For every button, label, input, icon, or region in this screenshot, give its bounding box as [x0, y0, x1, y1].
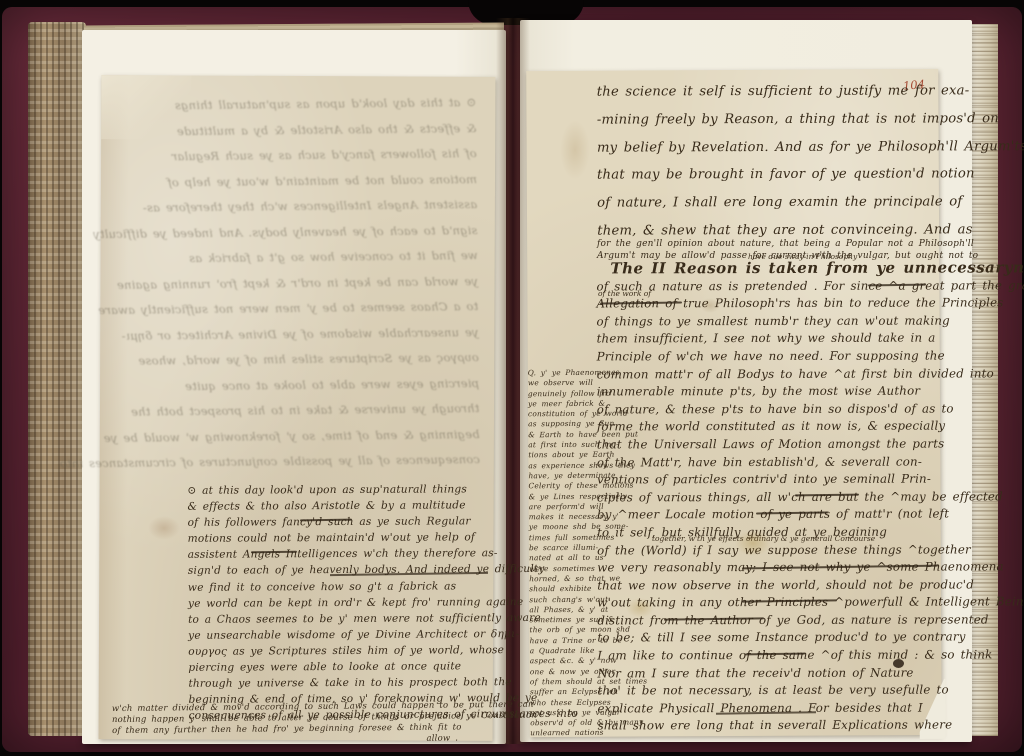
showthrough-line: ⊙ at this day look'd upon as sup'natural…	[116, 90, 476, 119]
margin-note-line: as experience shows they	[528, 460, 608, 471]
margin-note-line: one & now ye other	[530, 666, 610, 677]
interlinear-insert: of the work of	[598, 289, 651, 298]
showthrough-line: ουργος as ye Scriptures stiles him of ye…	[119, 345, 479, 374]
manuscript-line: assistent Angels Intelligences w'ch they…	[188, 546, 494, 564]
manuscript-line: Principle of w'ch we have no need. For s…	[597, 348, 943, 366]
manuscript-line: The II Reason is taken from ye unnecessa…	[596, 260, 942, 278]
manuscript-line: ciples of various things, all w'ch are b…	[597, 488, 943, 506]
manuscript-line: shall show ere long that in severall Exp…	[598, 717, 944, 735]
showthrough-line: ye unsearchable wisdome of ye Divine Arc…	[118, 320, 478, 349]
left-page-footer: w'ch matter divided & mov'd according to…	[112, 700, 504, 748]
page-edges-left	[28, 22, 86, 736]
margin-note-line: & ye Lines respectively	[529, 491, 609, 502]
margin-note-line: suffer an Eclypse wh'	[530, 687, 610, 698]
showthrough-line: through ye universe & take in to his pro…	[119, 396, 479, 425]
margin-note-line: constitution of ye world	[528, 409, 608, 420]
manuscript-line: ουργος as ye Scriptures stiles him of ye…	[188, 642, 494, 660]
margin-note-line: are perform'd will	[529, 502, 609, 513]
paper-stain	[626, 598, 654, 618]
showthrough-line: motions could not be maintain'd w'out ye…	[117, 167, 477, 196]
showthrough-line: to a Chaos seemes to be y' men were not …	[118, 294, 478, 323]
showthrough-line: consequences of all ye possible conjunct…	[120, 447, 480, 476]
margin-note-line: sometimes ye sun &	[529, 615, 609, 626]
right-page-body-text: The II Reason is taken from ye unnecessa…	[596, 260, 943, 736]
manuscript-line: for the gen'll opinion about nature, tha…	[597, 238, 947, 250]
showthrough-line: assistent Angels Intelligences w'ch they…	[117, 192, 477, 221]
manuscript-line: I am like to continue of the same ^of th…	[597, 647, 943, 665]
manuscript-line: them insufficient, I see not why we shou…	[597, 330, 943, 348]
margin-note-line: at first into such mo-	[528, 440, 608, 451]
manuscript-line: of his followers fancy'd such as ye such…	[188, 513, 494, 531]
margin-note-line: unlearned nations	[530, 728, 610, 739]
manuscript-line: the science it self is sufficient to jus…	[597, 77, 943, 106]
showthrough-line: piercing eyes were able to looke at once…	[119, 371, 479, 400]
margin-note-line: were sometimes	[529, 563, 609, 574]
margin-note-line: as supposing ye Sun	[528, 419, 608, 430]
manuscript-line: that may be brought in favor of ye quest…	[597, 161, 943, 190]
manuscript-line: motions could not be maintain'd w'out ye…	[188, 529, 494, 547]
margin-note-line: & Earth to have been put	[528, 430, 608, 441]
margin-note-line: have, ye determinate	[528, 471, 608, 482]
paper-stain	[700, 298, 720, 313]
paper-stain	[735, 530, 771, 556]
margin-note-line: aspect &c. & y' now	[530, 656, 610, 667]
margin-note-line: we observe will	[528, 378, 608, 389]
manuscript-line: to a Chaos seemes to be y' men were not …	[188, 610, 494, 628]
showthrough-line: & effects & tho also Aristotle & by a mu…	[116, 116, 476, 145]
manuscript-line: -mining freely by Reason, a thing that i…	[597, 105, 943, 134]
margin-note-line: ye moone shd be some-	[529, 522, 609, 533]
manuscript-line: piercing eyes were able to looke at once…	[188, 658, 494, 676]
manuscript-line: common matt'r of all Bodys to have ^at f…	[597, 365, 943, 383]
margin-note-line: the orb of ye moon shd	[530, 625, 610, 636]
manuscript-line: of the Matt'r, have bin establish'd, & s…	[597, 453, 943, 471]
margin-note-line: ye meer fabrick &	[528, 399, 608, 410]
margin-note-line: such chang's w'out	[529, 594, 609, 605]
showthrough-text: ⊙ at this day look'd upon as sup'natural…	[116, 90, 480, 476]
right-page-upper-text: the science it self is sufficient to jus…	[597, 77, 944, 245]
manuscript-line: we find it to conceive how so g't a fabr…	[188, 578, 494, 596]
showthrough-line: of his followers fancy'd such as ye such…	[117, 141, 477, 170]
manuscript-line: ⊙ at this day look'd upon as sup'natural…	[187, 481, 493, 499]
manuscript-line: forme the world constituted as it now is…	[597, 418, 943, 436]
margin-note-line: have a Trine or to be	[530, 635, 610, 646]
margin-note-line: a Quadrate like	[530, 646, 610, 657]
manuscript-line: of nature, & these p'ts to have bin so d…	[597, 400, 943, 418]
left-page-paragraph: ⊙ at this day look'd upon as sup'natural…	[187, 481, 494, 724]
margin-note-line: Celerity of these motions	[528, 481, 608, 492]
manuscript-line: innumerable minute p'ts, by the most wis…	[597, 383, 943, 401]
margin-note-line: should exhibite	[529, 584, 609, 595]
interlinear-insert: have due sway in Philosophy	[748, 252, 857, 261]
manuscript-line: that we now observe in the world, should…	[597, 576, 943, 594]
margin-note-line: not us'd by ye vulgar	[530, 708, 610, 719]
manuscript-line: of things to ye smallest numb'r they can…	[597, 312, 943, 330]
manuscript-line: ye world can be kept in ord'r & kept fro…	[188, 594, 494, 612]
margin-note-line: times full sometimes	[529, 532, 609, 543]
manuscript-line: to be; & till I see some Instance produc…	[597, 629, 943, 647]
manuscript-line: ventions of particles contriv'd into ye …	[597, 471, 943, 489]
manuscript-line: explicate Physicall Phenomena . For besi…	[598, 699, 944, 717]
manuscript-line: tho' it be not necessary, is at least be…	[597, 682, 943, 700]
manuscript-line: of nature, I shall ere long examin the p…	[597, 189, 943, 218]
manuscript-line: my belief by Revelation. And as for ye P…	[597, 133, 943, 162]
showthrough-line: we find it to conceive how so g't a fabr…	[118, 243, 478, 272]
manuscript-book-photo: ⊙ at this day look'd upon as sup'natural…	[0, 0, 1024, 756]
manuscript-line: through ye universe & take in to his pro…	[188, 674, 494, 692]
margin-note-line: of them should at set times	[530, 677, 610, 688]
showthrough-line: beginning & end of time, so y' foreknowi…	[119, 422, 479, 451]
manuscript-line: that the Universall Laws of Motion among…	[597, 435, 943, 453]
margin-note-line: be scarce illumi-	[529, 543, 609, 554]
margin-note-line: nated at all to us	[529, 553, 609, 564]
paper-stain	[148, 516, 180, 540]
margin-note-line: genuinely follow fro'	[528, 388, 608, 399]
margin-note-line: Q. y' ye Phaenomenas	[528, 368, 608, 379]
paper-stain	[560, 120, 590, 180]
manuscript-line: Nor am I sure that the receiv'd notion o…	[597, 664, 943, 682]
ink-blot	[893, 659, 904, 668]
showthrough-line: ye world can be kept in ord'r & kept fro…	[118, 269, 478, 298]
manuscript-line: & effects & tho also Aristotle & by a mu…	[187, 497, 493, 515]
showthrough-line: sign'd to each of ye heavenly bodys. And…	[117, 218, 477, 247]
margin-note-line: all Phases, & y' at	[529, 605, 609, 616]
margin-note-line: makes it necessary y'	[529, 512, 609, 523]
manuscript-line: ye unsearchable wisdome of ye Divine Arc…	[188, 626, 494, 644]
margin-note-line: horned, & so that we	[529, 574, 609, 585]
margin-note-line: who these Eclypses	[530, 697, 610, 708]
manuscript-line: by ^meer Locale motion of ye parts of ma…	[597, 506, 943, 524]
margin-note-line: observ'd of old & by many	[530, 718, 610, 729]
right-page-margin-notes: Q. y' ye Phaenomenaswe observe willgenui…	[528, 368, 611, 739]
manuscript-line: sign'd to each of ye heavenly bodys. And…	[188, 562, 494, 580]
margin-note-line: tions about ye Earth	[528, 450, 608, 461]
